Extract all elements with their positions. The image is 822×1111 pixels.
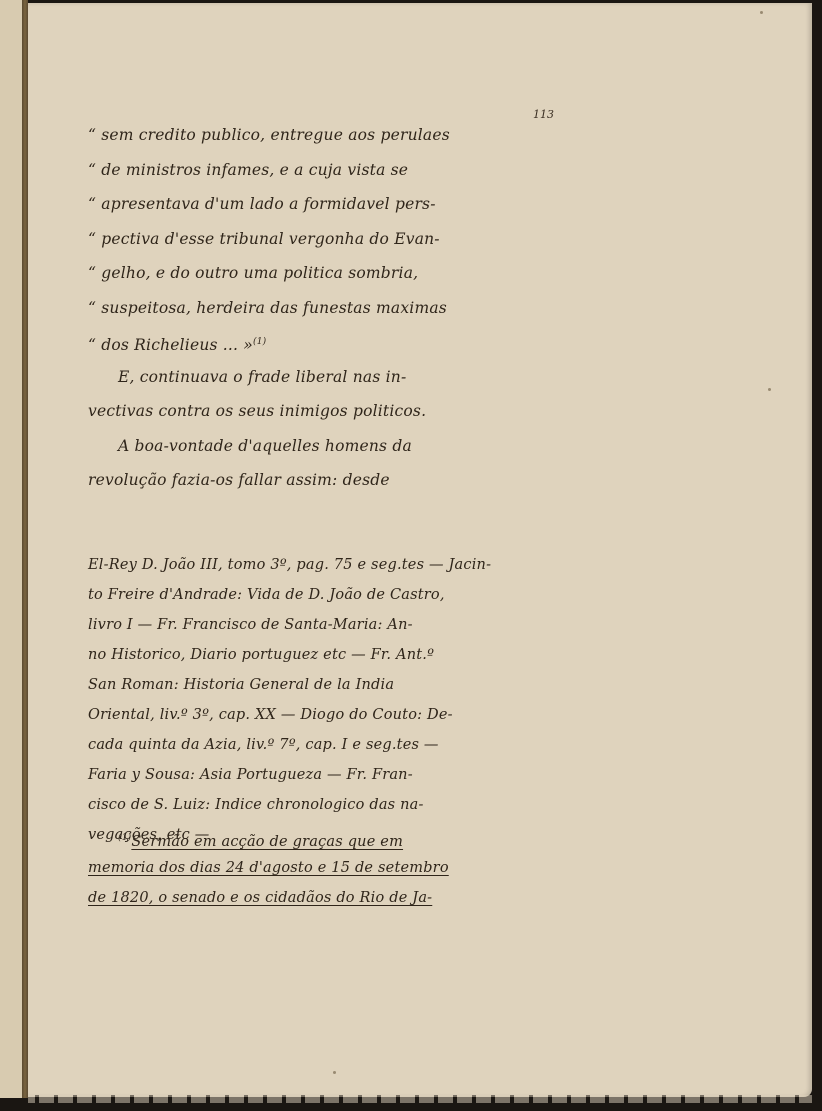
note-line: cada quinta da Azia, liv.º 7º, cap. I e … — [88, 730, 558, 760]
adjacent-page-edge — [0, 0, 22, 1098]
footnote-line: (1)Sermão em acção de graças que em — [88, 823, 558, 853]
bibliographic-notes: El-Rey D. João III, tomo 3º, pag. 75 e s… — [88, 550, 558, 850]
body-line: “ sem credito publico, entregue aos peru… — [88, 118, 558, 153]
note-line: San Roman: Historia General de la India — [88, 670, 558, 700]
footnote-line: de 1820, o senado e os cidadãos do Rio d… — [88, 883, 558, 913]
footnote: (1)Sermão em acção de graças que em memo… — [88, 823, 558, 913]
body-line: “ pectiva d'esse tribunal vergonha do Ev… — [88, 222, 558, 257]
note-line: cisco de S. Luiz: Indice chronologico da… — [88, 790, 558, 820]
note-line: livro I — Fr. Francisco de Santa-Maria: … — [88, 610, 558, 640]
body-line: “ suspeitosa, herdeira das funestas maxi… — [88, 291, 558, 326]
note-line: El-Rey D. João III, tomo 3º, pag. 75 e s… — [88, 550, 558, 580]
paper-speck — [768, 388, 771, 391]
note-line: Faria y Sousa: Asia Portugueza — Fr. Fra… — [88, 760, 558, 790]
note-line: no Historico, Diario portuguez etc — Fr.… — [88, 640, 558, 670]
note-line: Oriental, liv.º 3º, cap. XX — Diogo do C… — [88, 700, 558, 730]
paper-speck — [333, 1071, 336, 1074]
body-line: “ apresentava d'um lado a formidavel per… — [88, 187, 558, 222]
body-line: E, continuava o frade liberal nas in- — [88, 360, 558, 395]
footnote-line: memoria dos dias 24 d'agosto e 15 de set… — [88, 853, 558, 883]
body-line: revolução fazia-os fallar assim: desde — [88, 463, 558, 498]
body-line: “ gelho, e do outro uma politica sombria… — [88, 256, 558, 291]
paper-speck — [760, 11, 763, 14]
body-line: vectivas contra os seus inimigos politic… — [88, 394, 558, 429]
body-line: “ de ministros infames, e a cuja vista s… — [88, 153, 558, 188]
body-line-text: “ dos Richelieus ... » — [88, 336, 253, 354]
note-line: to Freire d'Andrade: Vida de D. João de … — [88, 580, 558, 610]
body-line: “ dos Richelieus ... »(1) — [88, 325, 558, 360]
footnote-text: Sermão em acção de graças que em — [131, 834, 403, 850]
body-text: “ sem credito publico, entregue aos peru… — [88, 118, 558, 498]
footnote-marker: (1) — [118, 833, 131, 843]
body-line: A boa-vontade d'aquelles homens da — [88, 429, 558, 464]
footnote-reference: (1) — [253, 337, 266, 347]
